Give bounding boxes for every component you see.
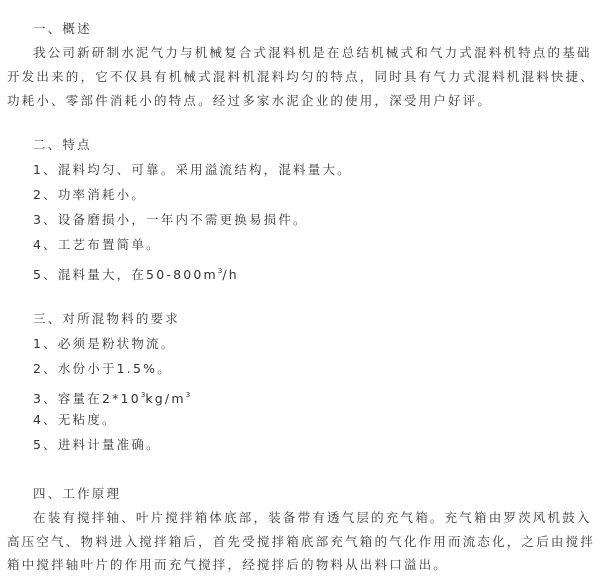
list-item: 5、进料计量准确。 <box>33 437 161 453</box>
section-heading-working-principle: 四、工作原理 <box>33 486 121 502</box>
list-item: 3、容量在2*103kg/m3 <box>33 387 190 407</box>
paragraph-line: 箱中搅拌轴叶片的作用而充气搅拌，经搅拌后的物料从出料口溢出。 <box>7 557 448 573</box>
list-item: 3、设备磨损小，一年内不需更换易损件。 <box>33 212 308 228</box>
list-item: 2、水份小于1.5%。 <box>33 361 172 377</box>
paragraph-line: 我公司新研制水泥气力与机械复合式混料机是在总结机械式和气力式混料机特点的基础 <box>33 45 592 61</box>
section-heading-material-requirements: 三、对所混物料的要求 <box>33 311 180 327</box>
paragraph-line: 开发出来的，它不仅具有机械式混料机混料均匀的特点，同时具有气力式混料机混料快捷、 <box>7 69 595 85</box>
section-heading-overview: 一、概述 <box>33 21 92 37</box>
superscript: 3 <box>186 391 190 399</box>
list-item: 4、无粘度。 <box>33 412 117 428</box>
item-text: kg/m <box>145 391 185 406</box>
paragraph-line: 功耗小、零部件消耗小的特点。经过多家水泥企业的使用，深受用户好评。 <box>7 93 492 109</box>
list-item: 1、混料均匀、可靠。采用溢流结构，混料量大。 <box>33 162 352 178</box>
list-item: 4、工艺布置简单。 <box>33 237 161 253</box>
item-text: 3、容量在2*10 <box>33 391 141 406</box>
list-item: 2、功率消耗小。 <box>33 187 146 203</box>
item-text: /h <box>222 267 239 282</box>
section-heading-features: 二、特点 <box>33 137 92 153</box>
paragraph-line: 高压空气、物料进入搅拌箱后，首先受搅拌箱底部充气箱的气化作用而流态化，之后由搅拌 <box>7 534 595 550</box>
list-item: 5、混料量大，在50-800m3/h <box>33 263 239 283</box>
paragraph-line: 在装有搅拌轴、叶片搅拌箱体底部，装备带有透气层的充气箱。充气箱由罗茨风机鼓入 <box>33 510 592 526</box>
list-item: 1、必须是粉状物流。 <box>33 336 175 352</box>
item-text: 5、混料量大，在50-800m <box>33 267 218 282</box>
